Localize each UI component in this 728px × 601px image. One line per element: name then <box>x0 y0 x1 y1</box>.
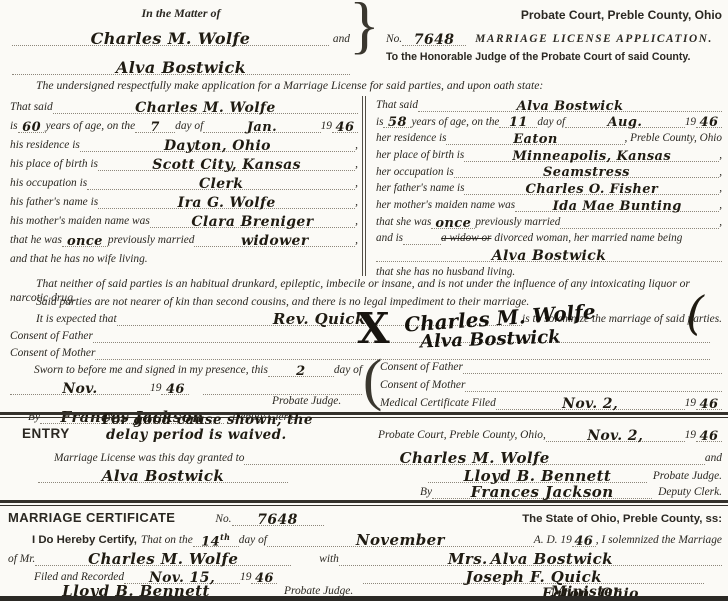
comma: , <box>719 216 722 229</box>
bride-name: Alva Bostwick <box>517 101 624 112</box>
bride-residence-line: Eaton <box>446 132 624 145</box>
groom-month-line: Jan. <box>203 120 320 133</box>
bride-married-name: Alva Bostwick <box>492 251 607 263</box>
medical-filed-label: Medical Certificate Filed <box>380 397 496 410</box>
grantee1-line: Charles M. Wolfe <box>244 450 704 465</box>
bride-name-line: Alva Bostwick <box>418 99 722 112</box>
probate-judge-label: Probate Judge. <box>272 395 341 408</box>
cert-groom-line: Charles M. Wolfe <box>35 551 291 566</box>
entry-clerk-signature: Frances Jackson <box>471 486 614 499</box>
groom-dayof: day of <box>175 120 203 133</box>
groom-occupation: Clerk <box>199 179 243 191</box>
groom-birth-year: 46 <box>336 122 355 133</box>
cert-post: , I solemnized the Marriage <box>596 534 722 547</box>
bride-age: 58 <box>388 117 407 128</box>
cert-month: November <box>356 534 445 547</box>
bride-birth-month: Aug. <box>608 117 643 128</box>
form-title: MARRIAGE LICENSE APPLICATION. <box>466 33 722 46</box>
certificate-no-line: 7648 <box>232 513 324 526</box>
entry-clerk-row: By Frances Jackson Deputy Clerk. <box>420 483 722 499</box>
section-rule <box>0 500 728 506</box>
sworn-dayof: day of <box>334 364 362 377</box>
groom-prev-status-line: widower <box>194 234 355 247</box>
groom-birthplace-line: Scott City, Kansas <box>98 158 355 171</box>
bride-year-printed: 19 <box>685 116 696 129</box>
sworn-month: Nov. <box>62 384 97 396</box>
bride-section: That said Alva Bostwick is 58 years of a… <box>376 95 722 279</box>
bride-birthplace: Minneapolis, Kansas <box>512 151 671 162</box>
entry-court-label: Probate Court, Preble County, Ohio, <box>378 429 546 442</box>
groom-day-line: 7 <box>135 120 175 133</box>
groom-year-printed: 19 <box>321 120 332 133</box>
entry-label: ENTRY <box>22 426 70 441</box>
dotted-line <box>560 226 719 229</box>
groom-residence: Dayton, Ohio <box>164 141 271 153</box>
cert-dayof: day of <box>239 534 267 547</box>
comma: , <box>719 182 722 195</box>
entry-granted-row: Marriage License was this day granted to… <box>10 447 722 465</box>
dotted-line <box>463 371 722 374</box>
x-mark: X <box>357 308 390 350</box>
bride-prev-times: once <box>435 218 471 229</box>
and-label: and <box>329 33 350 46</box>
bride-month-line: Aug. <box>565 115 685 128</box>
entry-date: Nov. 2, <box>587 431 643 443</box>
court-name: Probate Court, Preble County, Ohio <box>386 8 722 22</box>
r-consent-father-label: Consent of Father <box>380 361 463 374</box>
pen-flourish: ( <box>686 294 704 333</box>
groom-mother-label: his mother's maiden name was <box>10 215 150 228</box>
case-number: 7648 <box>414 35 455 47</box>
sworn-month-line: Nov. <box>10 382 150 395</box>
groom-residence-line: Dayton, Ohio <box>80 139 355 152</box>
cert-year: 46 <box>574 536 593 547</box>
entry-and-label: and <box>705 452 722 465</box>
bride-residence-label: her residence is <box>376 132 446 145</box>
groom-closing: and that he has no wife living. <box>10 253 148 266</box>
bride-birthplace-label: her place of birth is <box>376 149 464 162</box>
r-consent-mother-label: Consent of Mother <box>380 379 465 392</box>
bride-day-line: 11 <box>499 115 537 128</box>
bride-dayof: day of <box>537 116 565 129</box>
grantee1-name: Charles M. Wolfe <box>400 452 550 465</box>
caption-brace: } <box>349 0 380 57</box>
comma: , <box>719 149 722 162</box>
bride-residence: Eaton <box>513 134 557 145</box>
groom-prev-status: widower <box>241 236 309 248</box>
groom-birth-month: Jan. <box>247 122 277 133</box>
cert-year-line: 46 <box>572 534 596 547</box>
consent-father-label: Consent of Father <box>10 330 93 343</box>
bride-years-label: years of age, on the <box>411 116 499 129</box>
entry-clerk-sig-line: Frances Jackson <box>432 484 652 499</box>
sworn-label: Sworn to before me and signed in my pres… <box>34 364 268 377</box>
entry-court-row: Probate Court, Preble County, Ohio, Nov.… <box>378 424 722 442</box>
case-caption: In the Matter of Charles M. Wolfe and Al… <box>12 6 350 75</box>
groom-birthday: 7 <box>150 122 159 133</box>
grantee2-name: Alva Bostwick <box>102 470 224 483</box>
sworn-day: 2 <box>296 366 305 377</box>
state-line: The State of Ohio, Preble County, ss: <box>522 513 722 526</box>
expected-label: It is expected that <box>36 313 117 326</box>
bride-birthplace-line: Minneapolis, Kansas <box>464 149 719 162</box>
entry-judge-label: Probate Judge. <box>653 470 722 483</box>
cert-day-ordinal: th <box>220 532 230 542</box>
cert-parties-row: of Mr. Charles M. Wolfe with Mrs. Alva B… <box>8 547 722 566</box>
comma: , <box>355 196 358 209</box>
certify-row: I Do Hereby Certify, That on the 14th da… <box>8 528 722 547</box>
case-no-label: No. <box>386 33 402 46</box>
cert-bride-line: Mrs. Alva Bostwick <box>339 551 722 566</box>
groom-birthplace-label: his place of birth is <box>10 158 98 171</box>
groom-father-label: his father's name is <box>10 196 98 209</box>
cert-day-line: 14th <box>193 532 239 547</box>
bride-mother: Ida Mae Bunting <box>553 201 682 212</box>
party2-name: Alva Bostwick <box>116 61 246 75</box>
groom-prev-times-line: once <box>62 234 108 247</box>
comma: , <box>719 166 722 179</box>
bride-birth-year: 46 <box>700 117 719 128</box>
comma: , <box>355 139 358 152</box>
certificate-no-label: No. <box>215 513 231 526</box>
entry-judge-signature: Lloyd B. Bennett <box>464 470 612 483</box>
bride-widow-post: divorced woman, her married name being <box>491 232 682 245</box>
certificate-header-row: MARRIAGE CERTIFICATE No. 7648 The State … <box>8 509 722 526</box>
certificate-number: 7648 <box>257 515 298 527</box>
entry-date-line: Nov. 2, <box>546 429 685 442</box>
bride-widow-struck: a widow or <box>441 232 491 245</box>
cert-ad-prefix: A. D. 19 <box>534 534 572 547</box>
court-header: Probate Court, Preble County, Ohio No. 7… <box>386 8 722 63</box>
entry-by-label: By <box>420 486 432 499</box>
granted-label: Marriage License was this day granted to <box>54 452 244 465</box>
bride-prev-times-line: once <box>431 216 475 229</box>
certify-that-on: That on the <box>141 534 193 547</box>
groom-age: 60 <box>22 122 41 133</box>
bride-that-said: That said <box>376 99 418 112</box>
groom-occupation-label: his occupation is <box>10 177 87 190</box>
bride-occupation-label: her occupation is <box>376 166 454 179</box>
certify-bold: I Do Hereby Certify, <box>32 534 137 547</box>
comma: , <box>355 215 358 228</box>
case-no-line: 7648 <box>402 33 466 46</box>
bride-married-name-line: Alva Bostwick <box>376 249 722 262</box>
column-divider <box>362 96 366 276</box>
groom-name: Charles M. Wolfe <box>135 103 276 115</box>
bride-prev-post: previously married <box>475 216 560 229</box>
groom-that-said: That said <box>10 101 53 114</box>
bride-occupation-line: Seamstress <box>454 165 720 178</box>
comma: , <box>355 234 358 247</box>
entry-year-printed: 19 <box>685 429 696 442</box>
certificate-label: MARRIAGE CERTIFICATE <box>8 511 175 526</box>
party1-name: Charles M. Wolfe <box>91 32 251 46</box>
groom-is: is <box>10 120 18 133</box>
groom-prev-times: once <box>67 236 103 247</box>
party2-line: Alva Bostwick <box>12 59 350 75</box>
bride-year-line: 46 <box>696 115 722 128</box>
entry-year: 46 <box>700 431 719 442</box>
dotted-line <box>465 389 722 392</box>
bride-mother-line: Ida Mae Bunting <box>515 199 719 212</box>
medical-year: 46 <box>700 399 719 410</box>
groom-father: Ira G. Wolfe <box>178 198 276 210</box>
bride-prev-pre: that she was <box>376 216 431 229</box>
groom-prev-post: previously married <box>108 234 195 247</box>
groom-mother: Clara Breniger <box>191 217 313 229</box>
medical-year-printed: 19 <box>685 397 696 410</box>
groom-occupation-line: Clerk <box>87 177 355 190</box>
cert-groom-name: Charles M. Wolfe <box>88 553 238 566</box>
cert-bride-prefix: Mrs. <box>448 553 488 566</box>
scan-edge-bar <box>0 596 728 601</box>
medical-date-line: Nov. 2, <box>496 397 685 410</box>
grantee2-line: Alva Bostwick <box>38 468 288 483</box>
comma: , <box>355 158 358 171</box>
groom-father-line: Ira G. Wolfe <box>98 196 355 209</box>
entry-grantee2-row: Alva Bostwick Lloyd B. Bennett Probate J… <box>10 465 722 483</box>
entry-note-line2: delay period is waived. <box>106 430 287 441</box>
sworn-year-printed: 19 <box>150 382 161 395</box>
in-matter-label: In the Matter of <box>12 6 350 21</box>
entry-judge-sig-line: Lloyd B. Bennett <box>428 468 647 483</box>
groom-age-line: 60 <box>18 120 46 133</box>
party1-line: Charles M. Wolfe <box>12 30 329 46</box>
cert-day: 14th <box>201 534 230 547</box>
cert-month-line: November <box>267 532 534 547</box>
groom-years-label: years of age, on the <box>46 120 136 133</box>
bride-mother-label: her mother's maiden name was <box>376 199 515 212</box>
groom-mother-line: Clara Breniger <box>150 215 355 228</box>
comma: , <box>719 199 722 212</box>
bride-age-line: 58 <box>383 115 411 128</box>
groom-residence-label: his residence is <box>10 139 80 152</box>
bride-widow-pre: and is <box>376 232 403 245</box>
medical-year-line: 46 <box>696 397 722 410</box>
entry-clerk-label: Deputy Clerk. <box>658 486 722 499</box>
bride-birthday: 11 <box>509 117 528 128</box>
officiant-name: Rev. Quick <box>273 313 366 326</box>
addressee-line: To the Honorable Judge of the Probate Co… <box>386 51 722 63</box>
entry-note-line1: For good cause shown, the <box>102 415 313 426</box>
groom-section: That said Charles M. Wolfe is 60 years o… <box>10 95 358 266</box>
cert-bride-name: Alva Bostwick <box>491 553 613 566</box>
entry-year-line: 46 <box>696 429 722 442</box>
right-consent-block: Consent of Father Consent of Mother Medi… <box>380 356 722 410</box>
bride-father: Charles O. Fisher <box>526 184 659 195</box>
groom-name-line: Charles M. Wolfe <box>53 101 358 114</box>
bride-father-label: her father's name is <box>376 182 464 195</box>
bride-is: is <box>376 116 383 129</box>
comma: , <box>355 177 358 190</box>
application-intro: The undersigned respectfully make applic… <box>10 79 722 92</box>
marriage-license-document: In the Matter of Charles M. Wolfe and Al… <box>0 0 728 601</box>
groom-birthplace: Scott City, Kansas <box>152 160 301 172</box>
dotted-line <box>403 242 441 245</box>
sworn-day-line: 2 <box>268 364 334 377</box>
medical-date: Nov. 2, <box>562 399 618 411</box>
groom-year-line: 46 <box>332 120 358 133</box>
bride-father-line: Charles O. Fisher <box>464 182 719 195</box>
groom-prev-pre: that he was <box>10 234 62 247</box>
bride-residence-suffix: , Preble County, Ohio <box>625 132 722 145</box>
sworn-year-line: 46 <box>161 382 189 395</box>
bride-occupation: Seamstress <box>543 167 630 178</box>
sworn-year: 46 <box>166 384 185 395</box>
